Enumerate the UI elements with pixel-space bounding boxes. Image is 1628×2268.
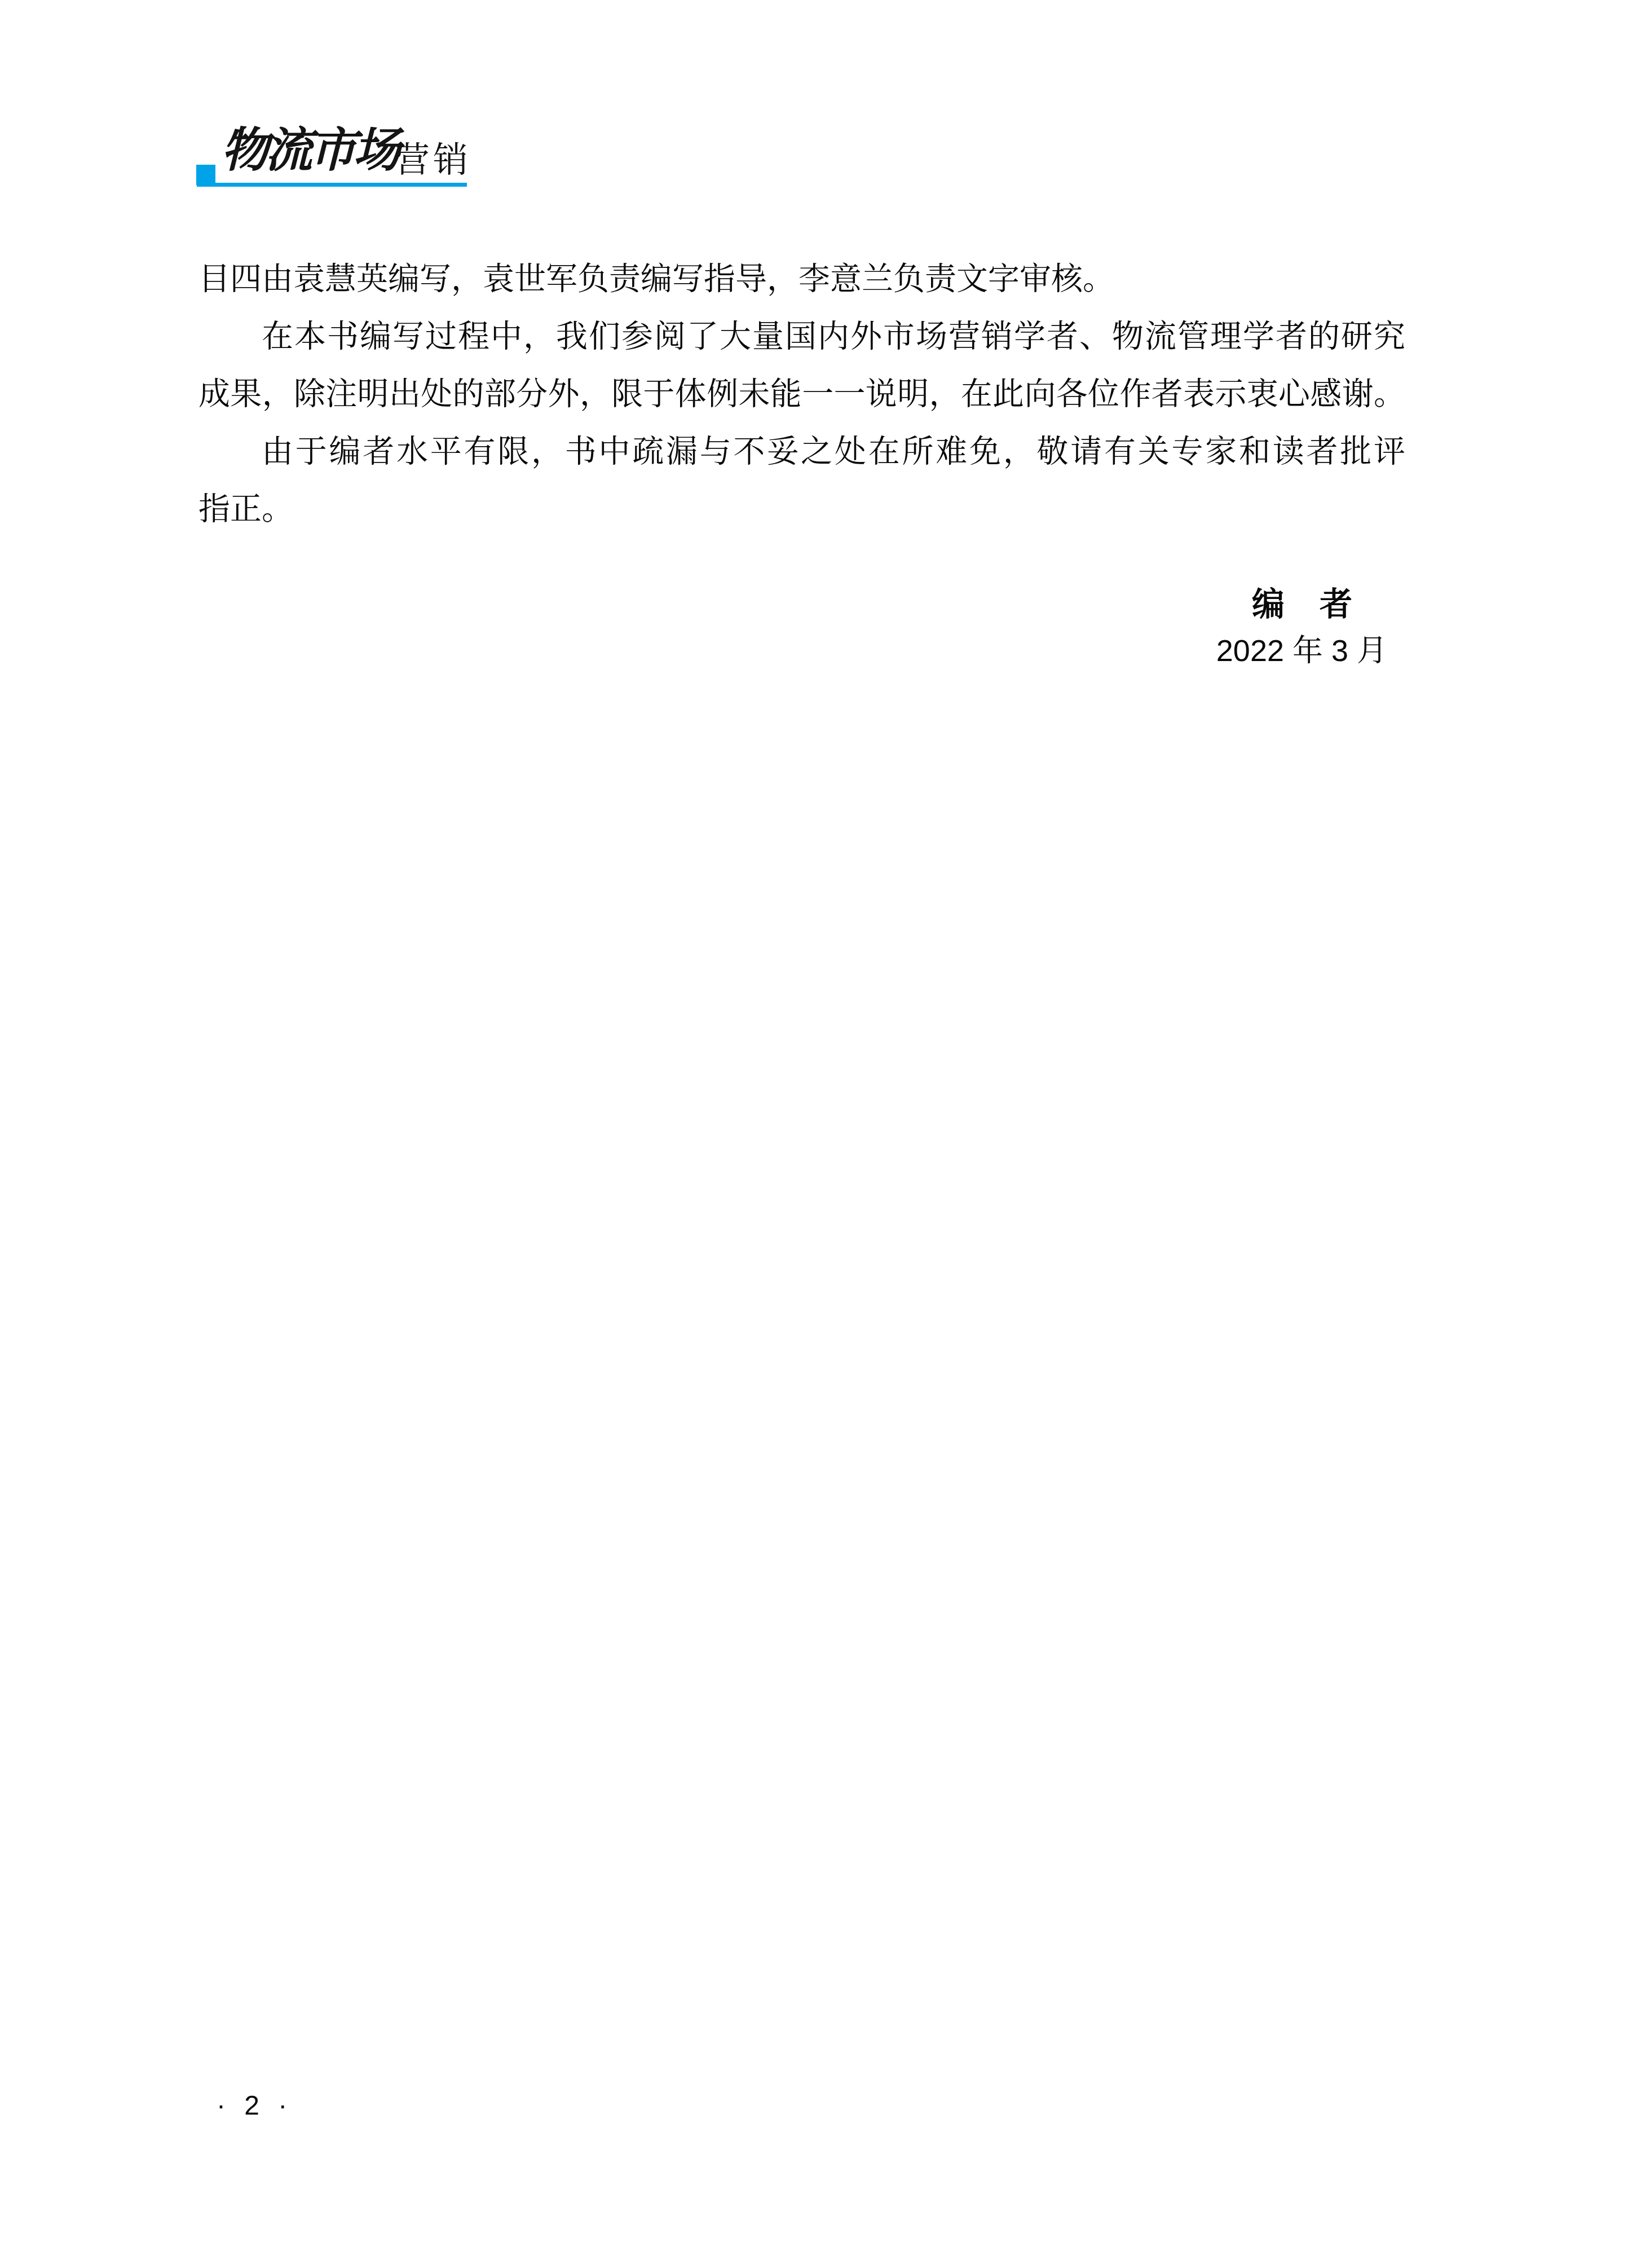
- page-header: 物流市场 营销: [0, 0, 1628, 203]
- body-text: 目四由袁慧英编写，袁世军负责编写指导，李意兰负责文字审核。 在本书编写过程中，我…: [198, 250, 1405, 538]
- paragraph1-line1: 目四由袁慧英编写，袁世军负责编写指导，李意兰负责文字审核。: [198, 250, 1405, 308]
- page-number: · 2 ·: [217, 2090, 293, 2122]
- signature-date: 2022 年 3 月: [198, 628, 1387, 673]
- book-page: 物流市场 营销 目四由袁慧英编写，袁世军负责编写指导，李意兰负责文字审核。 在本…: [0, 0, 1628, 2268]
- accent-square-icon: [196, 165, 215, 185]
- paragraph2-line1: 在本书编写过程中，我们参阅了大量国内外市场营销学者、物流管理学者的研究: [198, 308, 1405, 365]
- logo-calligraphy: 物流市场: [221, 123, 396, 179]
- signature-block: 编 者 2022 年 3 月: [198, 581, 1387, 673]
- paragraph2-line2: 成果，除注明出处的部分外，限于体例未能一一说明，在此向各位作者表示衷心感谢。: [198, 365, 1405, 423]
- logo-suffix: 营销: [395, 142, 471, 179]
- paragraph3-line2: 指正。: [198, 481, 1405, 538]
- header-underline: [197, 183, 467, 187]
- signature-author: 编 者: [198, 581, 1387, 628]
- paragraph3-line1: 由于编者水平有限，书中疏漏与不妥之处在所难免，敬请有关专家和读者批评: [198, 423, 1405, 481]
